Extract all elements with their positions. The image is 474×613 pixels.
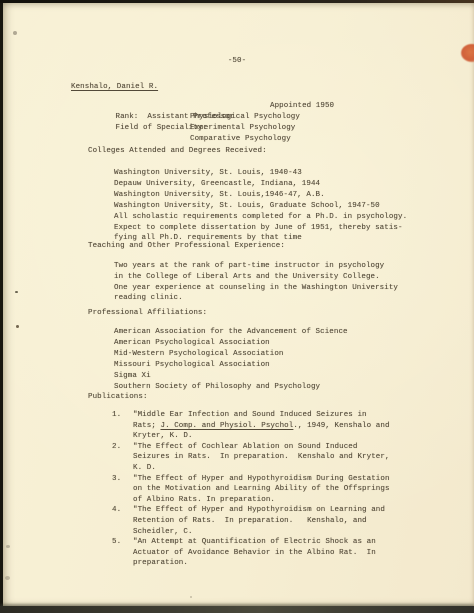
experience-paragraph: Two years at the rank of part-time instr…	[114, 261, 398, 304]
page-number: -50-	[0, 56, 474, 67]
college-line: Washington University, St. Louis,1946-47…	[114, 190, 407, 201]
affiliations-list: American Association for the Advancement…	[114, 327, 348, 392]
publication-segment: preparation.	[133, 559, 188, 567]
publication-line: K. D.	[133, 463, 390, 474]
affiliation-item: American Psychological Association	[114, 338, 348, 349]
publication-item: 4."The Effect of Hyper and Hypothyroidis…	[112, 505, 390, 537]
publication-segment: Seizures in Rats. In preparation. Kensha…	[133, 453, 390, 461]
publication-number: 3.	[112, 474, 133, 506]
affiliation-item: American Association for the Advancement…	[114, 327, 348, 338]
speciality-line: Physiological Psychology	[190, 112, 300, 123]
publication-item: 5."An Attempt at Quantification of Elect…	[112, 537, 390, 569]
publication-line: Kryter, K. D.	[133, 431, 390, 442]
publication-text: "The Effect of Cochlear Ablation on Soun…	[133, 442, 390, 474]
publication-segment: "An Attempt at Quantification of Electri…	[133, 538, 376, 546]
publications-heading: Publications:	[88, 392, 148, 403]
publication-segment: "The Effect of Cochlear Ablation on Soun…	[133, 443, 357, 451]
publication-segment: "The Effect of Hyper and Hypothyroidism …	[133, 475, 390, 483]
publication-segment: K. D.	[133, 464, 156, 472]
publication-segment: Retention of Rats. In preparation. Kensh…	[133, 517, 367, 525]
publication-line: "The Effect of Hyper and Hypothyroidism …	[133, 505, 385, 516]
publication-item: 3."The Effect of Hyper and Hypothyroidis…	[112, 474, 390, 506]
publication-number: 1.	[112, 410, 133, 442]
publication-line: on the Motivation and Learning Ability o…	[133, 484, 390, 495]
publication-text: "The Effect of Hyper and Hypothyroidism …	[133, 474, 390, 506]
experience-heading: Teaching and Other Professional Experien…	[88, 241, 285, 252]
publication-line: "The Effect of Hyper and Hypothyroidism …	[133, 474, 390, 485]
speciality-line: Comparative Psychology	[190, 134, 300, 145]
publication-line: Scheidler, C.	[133, 527, 385, 538]
publication-line: "Middle Ear Infection and Sound Induced …	[133, 410, 390, 421]
experience-line: One year experience at counseling in the…	[114, 283, 398, 294]
publication-line: Actuator of Avoidance Behavior in the Al…	[133, 548, 376, 559]
college-line: Washington University, St. Louis, 1940-4…	[114, 168, 407, 179]
journal-title: J. Comp. and Physiol. Psychol	[160, 422, 293, 430]
publication-number: 5.	[112, 537, 133, 569]
affiliations-heading: Professional Affiliations:	[88, 308, 207, 319]
colleges-list: Washington University, St. Louis, 1940-4…	[114, 168, 407, 244]
publication-line: "The Effect of Cochlear Ablation on Soun…	[133, 442, 390, 453]
college-line: Washington University, St. Louis, Gradua…	[114, 201, 407, 212]
college-line: Depauw University, Greencastle, Indiana,…	[114, 179, 407, 190]
typewritten-content: -50- Kenshalo, Daniel R. Rank:Assistant …	[0, 0, 474, 613]
college-line: All scholastic requirements completed fo…	[114, 212, 407, 223]
publication-segment: Rats;	[133, 422, 160, 430]
publication-segment: Kryter, K. D.	[133, 432, 193, 440]
colleges-heading: Colleges Attended and Degrees Received:	[88, 146, 267, 157]
affiliation-item: Sigma Xi	[114, 371, 348, 382]
appointed-date: Appointed 1950	[270, 101, 334, 112]
publication-line: "An Attempt at Quantification of Electri…	[133, 537, 376, 548]
affiliation-item: Southern Society of Philosophy and Psych…	[114, 382, 348, 393]
person-name: Kenshalo, Daniel R.	[71, 82, 158, 93]
publication-number: 2.	[112, 442, 133, 474]
publication-line: of Albino Rats. In preparation.	[133, 495, 390, 506]
publication-segment: Scheidler, C.	[133, 528, 193, 536]
publication-segment: on the Motivation and Learning Ability o…	[133, 485, 390, 493]
publication-segment: "The Effect of Hyper and Hypothyroidism …	[133, 506, 385, 514]
affiliation-item: Missouri Psychological Association	[114, 360, 348, 371]
publication-item: 2."The Effect of Cochlear Ablation on So…	[112, 442, 390, 474]
publication-text: "An Attempt at Quantification of Electri…	[133, 537, 376, 569]
publication-line: Rats; J. Comp. and Physiol. Psychol., 19…	[133, 421, 390, 432]
publication-segment: of Albino Rats. In preparation.	[133, 496, 275, 504]
experience-line: reading clinic.	[114, 293, 398, 304]
experience-line: Two years at the rank of part-time instr…	[114, 261, 398, 272]
publication-number: 4.	[112, 505, 133, 537]
publication-item: 1."Middle Ear Infection and Sound Induce…	[112, 410, 390, 442]
publication-line: Seizures in Rats. In preparation. Kensha…	[133, 452, 390, 463]
speciality-line: Experimental Psychology	[190, 123, 300, 134]
publication-segment: "Middle Ear Infection and Sound Induced …	[133, 411, 367, 419]
publication-segment: ., 1949, Kenshalo and	[293, 422, 389, 430]
speciality-list: Physiological PsychologyExperimental Psy…	[190, 112, 300, 144]
experience-line: in the College of Liberal Arts and the U…	[114, 272, 398, 283]
publication-text: "Middle Ear Infection and Sound Induced …	[133, 410, 390, 442]
scanned-document-page: -50- Kenshalo, Daniel R. Rank:Assistant …	[0, 0, 474, 613]
publication-line: Retention of Rats. In preparation. Kensh…	[133, 516, 385, 527]
publication-text: "The Effect of Hyper and Hypothyroidism …	[133, 505, 385, 537]
affiliation-item: Mid-Western Psychological Association	[114, 349, 348, 360]
college-line: Expect to complete dissertation by June …	[114, 223, 407, 234]
publication-line: preparation.	[133, 558, 376, 569]
publication-segment: Actuator of Avoidance Behavior in the Al…	[133, 549, 376, 557]
publications-list: 1."Middle Ear Infection and Sound Induce…	[112, 410, 390, 569]
